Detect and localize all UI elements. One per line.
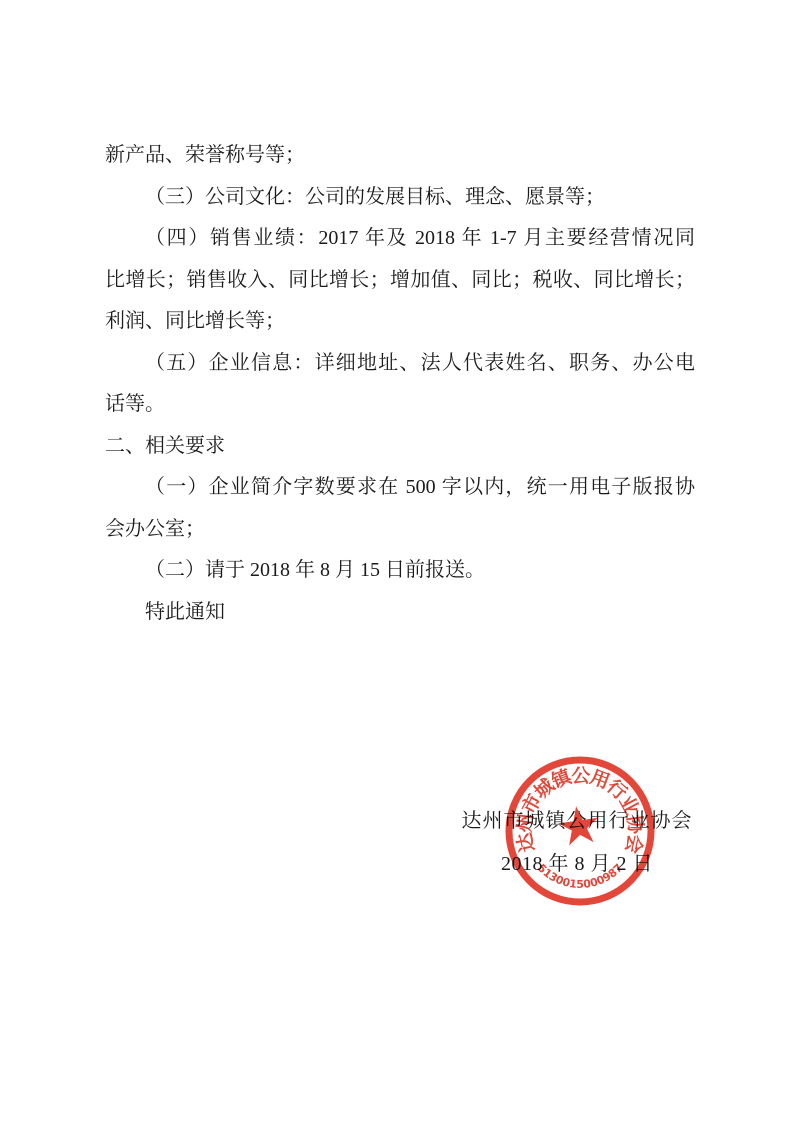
text-line: 利润、同比增长等； <box>105 301 695 343</box>
text-line: （五）企业信息：详细地址、法人代表姓名、职务、办公电 <box>105 343 695 385</box>
text-line: 特此通知 <box>105 592 695 634</box>
seal-serial-number: 5130015000987 <box>535 861 625 891</box>
document-page: 新产品、荣誉称号等；（三）公司文化：公司的发展目标、理念、愿景等；（四）销售业绩… <box>0 0 793 1122</box>
text-line: 话等。 <box>105 384 695 426</box>
text-line: 会办公室； <box>105 509 695 551</box>
text-line: （四）销售业绩：2017 年及 2018 年 1-7 月主要经营情况同 <box>105 218 695 260</box>
text-line: （一）企业简介字数要求在 500 字以内，统一用电子版报协 <box>105 467 695 509</box>
text-line: 新产品、荣誉称号等； <box>105 135 695 177</box>
star-icon <box>556 803 601 846</box>
official-seal-stamp: 达州市城镇公用行业协会 5130015000987 <box>495 746 665 916</box>
seal-serial-holder: 5130015000987 <box>535 861 625 891</box>
text-line: （二）请于 2018 年 8 月 15 日前报送。 <box>105 550 695 592</box>
text-line: 比增长；销售收入、同比增长；增加值、同比；税收、同比增长； <box>105 260 695 302</box>
text-line: （三）公司文化：公司的发展目标、理念、愿景等； <box>105 177 695 219</box>
doc-body: 新产品、荣誉称号等；（三）公司文化：公司的发展目标、理念、愿景等；（四）销售业绩… <box>105 135 695 633</box>
text-line: 二、相关要求 <box>105 426 695 468</box>
